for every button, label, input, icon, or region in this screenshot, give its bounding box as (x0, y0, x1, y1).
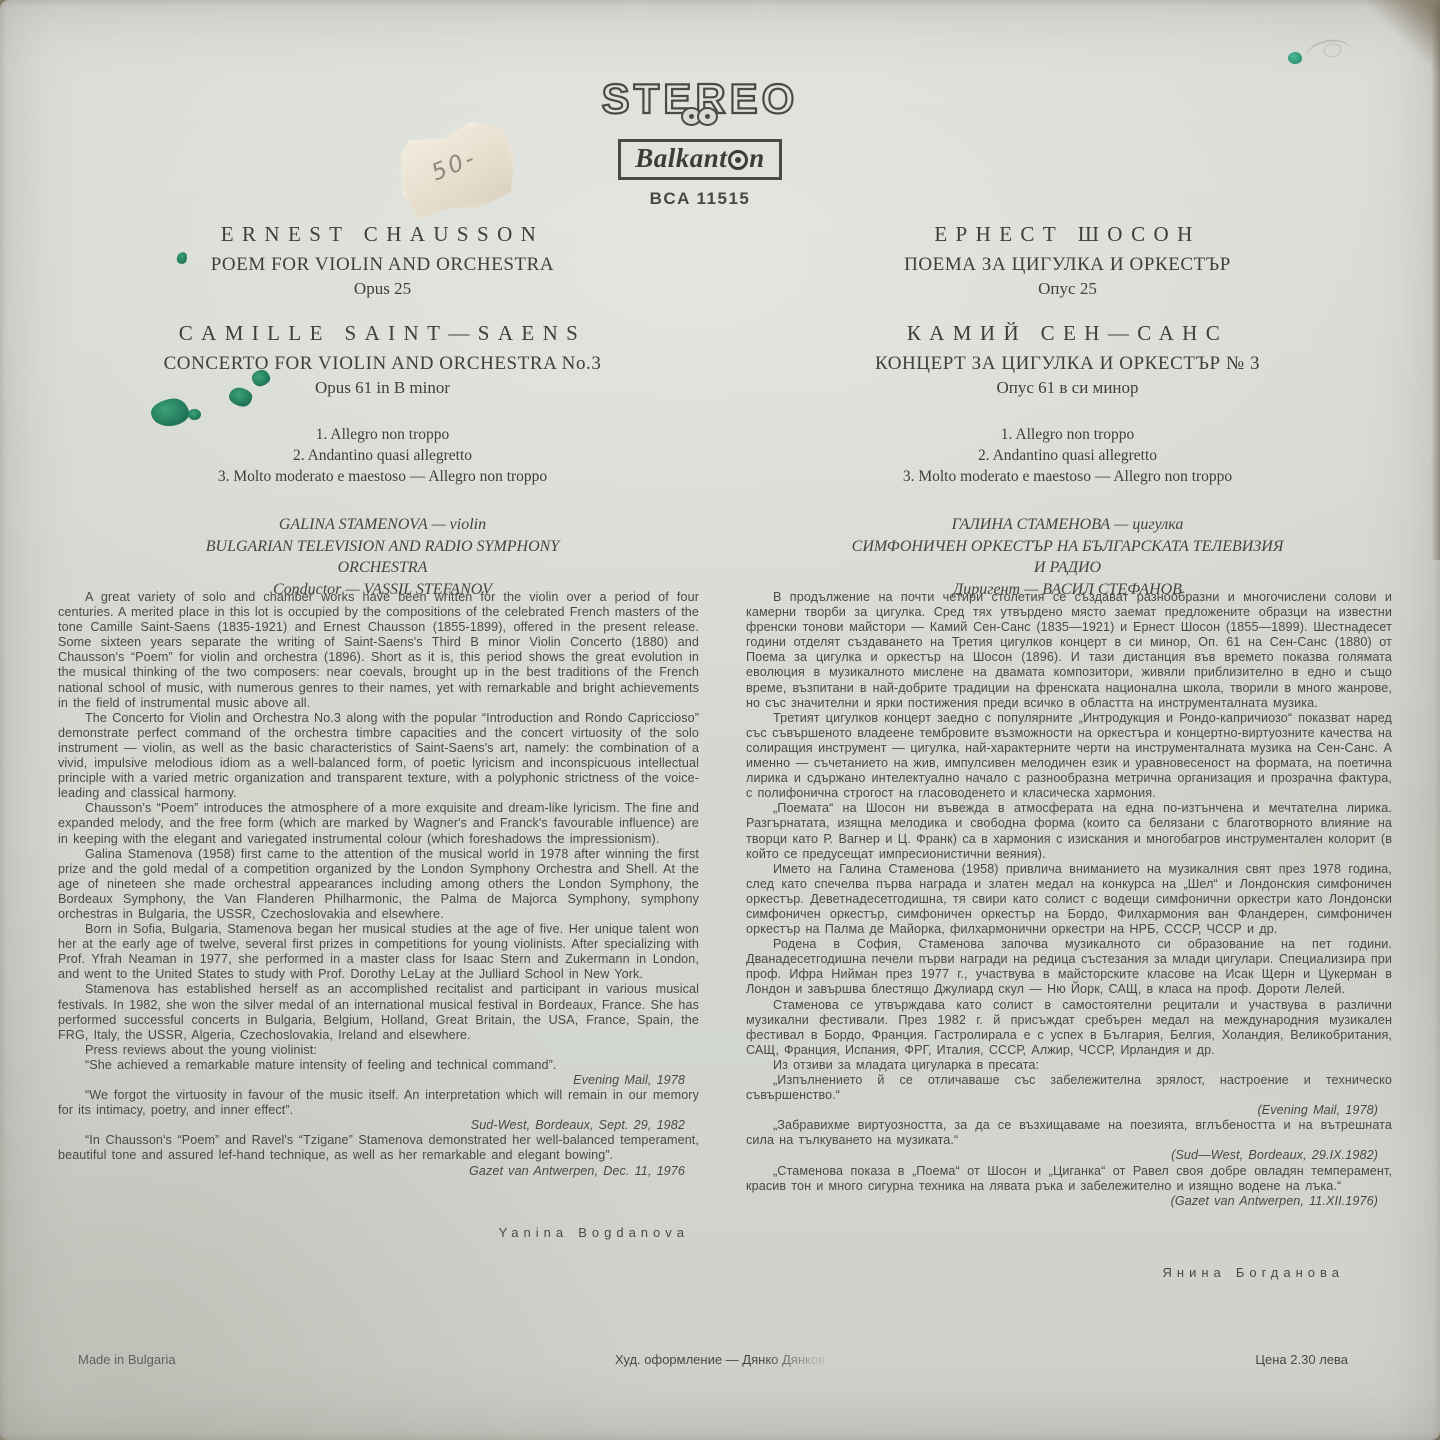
liner-paragraph: Stamenova has established herself as an … (58, 982, 699, 1042)
work-title: CONCERTO FOR VIOLIN AND ORCHESTRA No.3 (60, 353, 705, 375)
liner-paragraph: Born in Sofia, Bulgaria, Stamenova began… (58, 922, 699, 982)
balkanton-logo: Balkantn (618, 139, 782, 180)
track-item: 3. Molto moderato e maestoso — Allegro n… (60, 466, 705, 487)
credit-line: ГАЛИНА СТАМЕНОВА — цигулка (745, 514, 1390, 536)
press-quote: “She achieved a remarkable mature intens… (58, 1058, 699, 1073)
press-quote: “We forgot the virtuosity in favour of t… (58, 1088, 699, 1118)
performer-credits: ГАЛИНА СТАМЕНОВА — цигулка СИМФОНИЧЕН ОР… (745, 514, 1390, 600)
program-header-english: ERNEST CHAUSSON POEM FOR VIOLIN AND ORCH… (60, 222, 705, 600)
balkanton-wordmark-left: Balkant (635, 143, 727, 174)
track-item: 3. Molto moderato e maestoso — Allegro n… (745, 466, 1390, 487)
press-quote-source: Sud-West, Bordeaux, Sept. 29, 1982 (58, 1118, 699, 1133)
liner-paragraph: В продължение на почти четири столетия с… (746, 590, 1392, 711)
ink-blot (1288, 52, 1302, 64)
press-quote-source: Evening Mail, 1978 (58, 1073, 699, 1088)
composer-name: ЕРНЕСТ ШОСОН (745, 222, 1390, 247)
liner-paragraph: Galina Stamenova (1958) first came to th… (58, 847, 699, 922)
liner-paragraph: Името на Галина Стаменова (1958) привлич… (746, 862, 1392, 937)
record-sleeve-back: STEREO Balkantn BCA 11515 50- ERNEST CHA… (0, 0, 1440, 1440)
press-intro: Из отзиви за младата цигуларка в пресата… (746, 1058, 1392, 1073)
opus-number: Опус 25 (745, 279, 1390, 299)
pencil-scribble (1304, 36, 1354, 72)
liner-paragraph: A great variety of solo and chamber work… (58, 590, 699, 711)
liner-paragraph: Третият цигулков концерт заедно с популя… (746, 711, 1392, 802)
composer-name: КАМИЙ СЕН—САНС (745, 321, 1390, 346)
sleeve-edge-shadow (1431, 0, 1440, 560)
liner-paragraph: „Поемата“ на Шосон ни въвежда в атмосфер… (746, 801, 1392, 861)
liner-notes-bulgarian: В продължение на почти четири столетия с… (746, 590, 1392, 1280)
credit-line: GALINA STAMENOVA — violin (60, 514, 705, 536)
press-quote-source: (Evening Mail, 1978) (746, 1103, 1392, 1118)
work-title: POEM FOR VIOLIN AND ORCHESTRA (60, 254, 705, 276)
track-item: 2. Andantino quasi allegretto (60, 445, 705, 466)
balkanton-wordmark-right: n (749, 143, 765, 174)
press-quote: “In Chausson's “Poem” and Ravel's “Tziga… (58, 1133, 699, 1163)
liner-paragraph: The Concerto for Violin and Orchestra No… (58, 711, 699, 802)
track-list: 1. Allegro non troppo 2. Andantino quasi… (745, 424, 1390, 487)
program-header-bulgarian: ЕРНЕСТ ШОСОН ПОЕМА ЗА ЦИГУЛКА И ОРКЕСТЪР… (745, 222, 1390, 600)
credit-line: И РАДИО (745, 557, 1390, 579)
composer-name: ERNEST CHAUSSON (60, 222, 705, 247)
press-quote: „Изпълнението й се отличаваше със забеле… (746, 1073, 1392, 1103)
liner-paragraph: Стаменова се утвърждава като солист в са… (746, 998, 1392, 1058)
stereo-logo: STEREO (602, 78, 799, 126)
sticker-handwriting: 50- (428, 145, 481, 187)
author-signature: Янина Богданова (746, 1265, 1392, 1280)
press-quote-source: (Sud—West, Bordeaux, 29.IX.1982) (746, 1148, 1392, 1163)
track-item: 1. Allegro non troppo (745, 424, 1390, 445)
stereo-rings-icon (602, 107, 799, 126)
composer-name: CAMILLE SAINT—SAENS (60, 321, 705, 346)
track-item: 1. Allegro non troppo (60, 424, 705, 445)
press-quote: „Забравихме виртуозността, за да се възх… (746, 1118, 1392, 1148)
photo-of-record-sleeve: STEREO Balkantn BCA 11515 50- ERNEST CHA… (0, 0, 1440, 1440)
press-quote: „Стаменова показа в „Поема“ от Шосон и „… (746, 1164, 1392, 1194)
track-list: 1. Allegro non troppo 2. Andantino quasi… (60, 424, 705, 487)
track-item: 2. Andantino quasi allegretto (745, 445, 1390, 466)
performer-credits: GALINA STAMENOVA — violin BULGARIAN TELE… (60, 514, 705, 600)
design-credit: Худ. оформление — Дянко Дянков (0, 1352, 1440, 1367)
liner-paragraph: Родена в София, Стаменова започва музика… (746, 937, 1392, 997)
opus-number: Opus 25 (60, 279, 705, 299)
work-title: ПОЕМА ЗА ЦИГУЛКА И ОРКЕСТЪР (745, 254, 1390, 276)
credit-line: ORCHESTRA (60, 557, 705, 579)
circle-o-icon (728, 150, 748, 170)
credit-line: BULGARIAN TELEVISION AND RADIO SYMPHONY (60, 536, 705, 558)
work-title: КОНЦЕРТ ЗА ЦИГУЛКА И ОРКЕСТЪР № 3 (745, 353, 1390, 375)
opus-number: Opus 61 in B minor (60, 378, 705, 398)
liner-notes-english: A great variety of solo and chamber work… (58, 590, 699, 1240)
catalog-number: BCA 11515 (0, 189, 1400, 209)
press-quote-source: Gazet van Antwerpen, Dec. 11, 1976 (58, 1164, 699, 1179)
credit-line: СИМФОНИЧЕН ОРКЕСТЪР НА БЪЛГАРСКАТА ТЕЛЕВ… (745, 536, 1390, 558)
liner-paragraph: Chausson's “Poem” introduces the atmosph… (58, 801, 699, 846)
price-label: Цена 2.30 лева (1255, 1352, 1348, 1367)
opus-number: Опус 61 в си минор (745, 378, 1390, 398)
design-credit-text: Худ. оформление — Дянко Дянков (615, 1352, 825, 1367)
label-logo-block: STEREO Balkantn BCA 11515 (0, 78, 1400, 209)
author-signature: Yanina Bogdanova (58, 1225, 699, 1240)
press-quote-source: (Gazet van Antwerpen, 11.XII.1976) (746, 1194, 1392, 1209)
press-intro: Press reviews about the young violinist: (58, 1043, 699, 1058)
